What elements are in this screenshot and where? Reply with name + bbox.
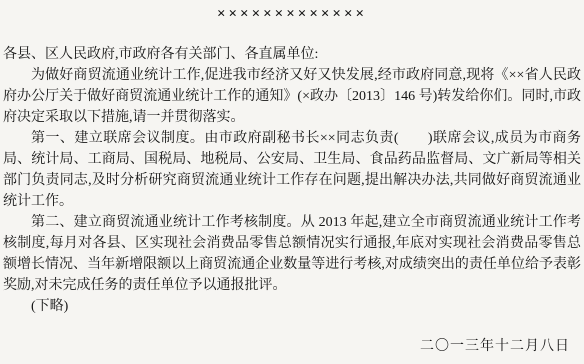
paragraph-intro: 为做好商贸流通业统计工作,促进我市经济又好又快发展,经市政府同意,现将《××省人…	[3, 65, 581, 128]
document-salutation: 各县、区人民政府,市政府各有关部门、各直属单位:	[3, 44, 581, 65]
paragraph-measure-2: 第二、建立商贸流通业统计工作考核制度。从 2013 年起,建立全市商贸流通业统计…	[3, 212, 581, 296]
document-page: ××××××××××××× 各县、区人民政府,市政府各有关部门、各直属单位: 为…	[0, 0, 584, 364]
paragraph-omitted-note: (下略)	[3, 296, 581, 317]
paragraph-measure-1: 第一、建立联席会议制度。由市政府副秘书长××同志负责( )联席会议,成员为市商务…	[3, 128, 581, 212]
document-date: 二〇一三年十二月八日	[420, 335, 570, 355]
document-title-placeholder: ×××××××××××××	[3, 6, 581, 22]
